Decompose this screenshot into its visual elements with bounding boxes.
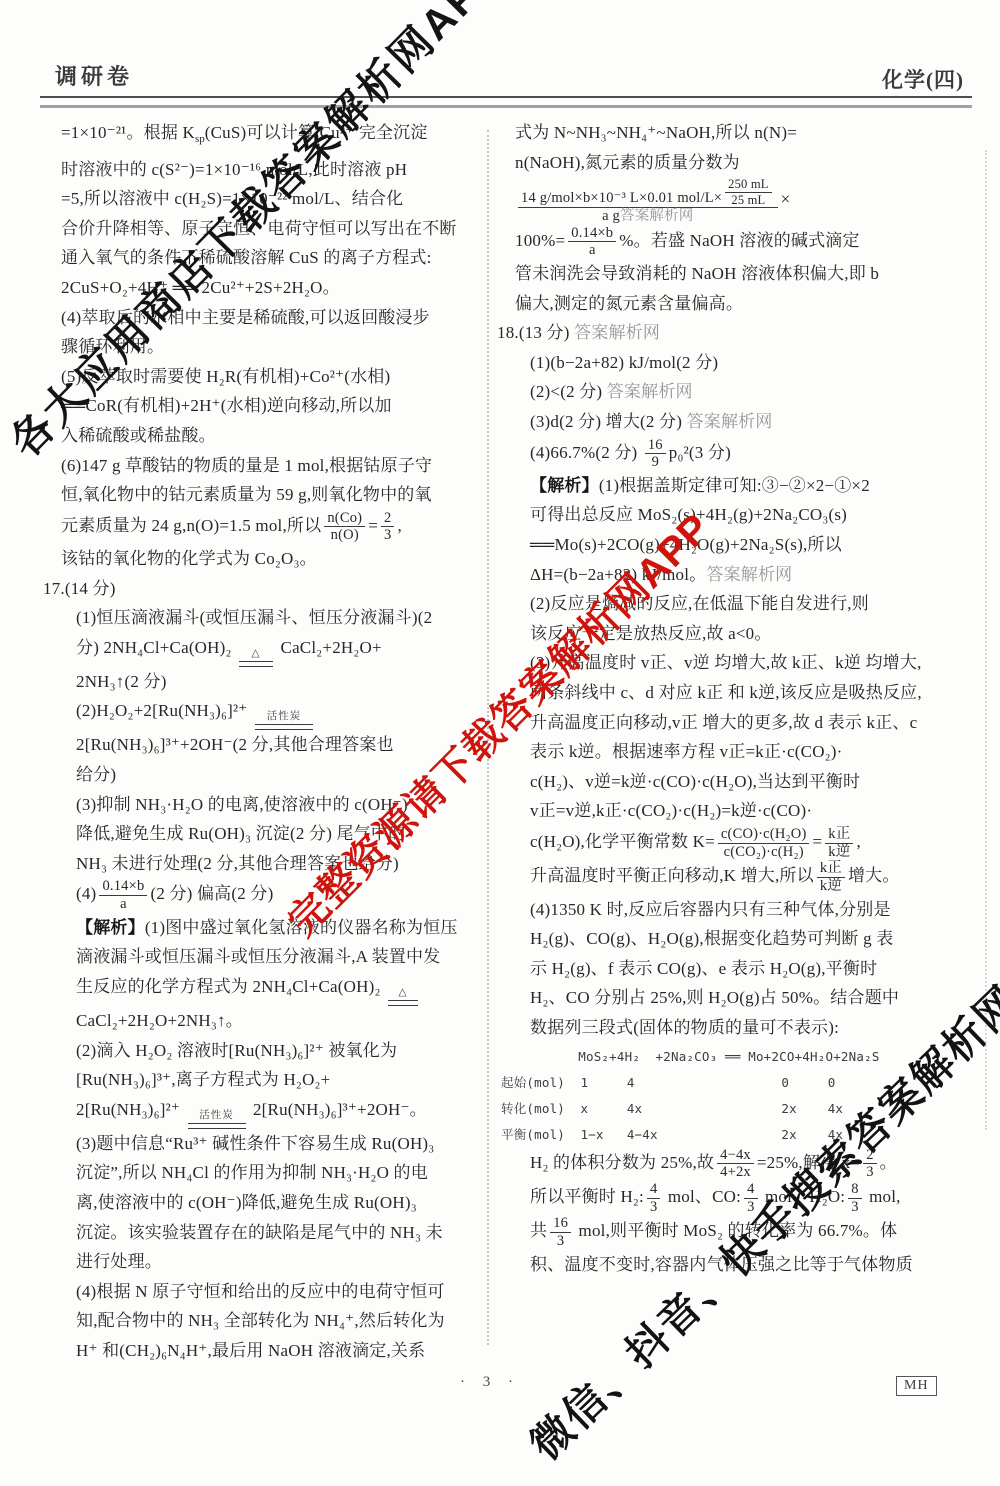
text-line: 【解析】(1)根据盖斯定律可知:③−②×2−①×2 [497,471,969,501]
text-line: 2[Ru(NH₃)₆]³⁺+2OH⁻(2 分,其他合理答案也 [43,730,489,760]
text-line: 积、温度不变时,容器内气体压强之比等于气体物质 [497,1250,969,1280]
text-line: (2)H₂O₂+2[Ru(NH₃)₆]²⁺ 活性炭 [43,696,489,730]
text-line: =5,所以溶液中 c(H₂S)=1×10⁻²² mol/L、结合化 [43,184,489,214]
left-column-text: =1×10⁻²¹。根据 Ksp(CuS)可以计算 Cu²⁺ 完全沉淀时溶液中的 … [43,118,489,1365]
text-line: 入稀硫酸或稀盐酸。 [43,421,489,451]
text-line: (4)1350 K 时,反应后容器内只有三种气体,分别是 [497,895,969,925]
text-line: (2)<(2 分) 答案解析网 [497,377,969,407]
text-line: 分) 2NH₄Cl+Ca(OH)₂ △ CaCl₂+2H₂O+ [43,633,489,667]
text-line: 管未润洗会导致消耗的 NaOH 溶液体积偏大,即 b [497,259,969,289]
text-line: 2[Ru(NH₃)₆]²⁺ 活性炭 2[Ru(NH₃)₆]³⁺+2OH⁻。 [43,1095,489,1129]
text-line: =1×10⁻²¹。根据 Ksp(CuS)可以计算 Cu²⁺ 完全沉淀 [43,118,489,155]
text-line: (3)升高温度时 v正、v逆 均增大,故 k正、k逆 均增大, [497,648,969,678]
text-line: [Ru(NH₃)₆]³⁺,离子方程式为 H₂O₂+ [43,1065,489,1095]
text-line: H₂(g)、CO(g)、H₂O(g),根据变化趋势可判断 g 表 [497,924,969,954]
text-line: 元素质量为 24 g,n(O)=1.5 mol,所以n(Co)n(O)=23, [43,510,489,544]
text-line: (3)d(2 分) 增大(2 分) 答案解析网 [497,407,969,437]
text-line: 给分) [43,760,489,790]
text-line: 离,使溶液中的 c(OH⁻)降低,避免生成 Ru(OH)₃ [43,1188,489,1218]
text-line: (4)66.7%(2 分) 169p₀²(3 分) [497,437,969,471]
text-line: 骤循环利用。 [43,332,489,362]
text-line: 示 H₂(g)、f 表示 CO(g)、e 表示 H₂O(g),平衡时 [497,954,969,984]
text-line: 偏大,测定的氮元素含量偏高。 [497,289,969,319]
column-divider [487,130,489,1345]
text-line: 14 g/mol×b×10⁻³ L×0.01 mol/L×250 mL25 mL… [497,177,969,224]
text-line: 生反应的化学方程式为 2NH₄Cl+Ca(OH)₂ △ [43,972,489,1006]
text-line: NH₃ 未进行处理(2 分,其他合理答案也给分) [43,849,489,879]
text-line: 2CuS+O₂+4H⁺ ══ 2Cu²⁺+2S+2H₂O。 [43,273,489,303]
text-line: 该反应一定是放热反应,故 a<0。 [497,619,969,649]
text-line: (1)恒压滴液漏斗(或恒压漏斗、恒压分液漏斗)(2 [43,603,489,633]
page-margin-divider [985,150,987,1130]
text-line: (2)反应是熵减的反应,在低温下能自发进行,则 [497,589,969,619]
header-rule [40,96,972,108]
text-line: (2)滴入 H₂O₂ 溶液时[Ru(NH₃)₆]²⁺ 被氧化为 [43,1036,489,1066]
text-line: (4)0.14×ba(2 分) 偏高(2 分) [43,878,489,912]
text-line: 【解析】(1)图中盛过氧化氢溶液的仪器名称为恒压 [43,913,489,943]
text-line: 平衡(mol) 1−x 4−4x 2x 4x [497,1121,969,1147]
text-line: (4)萃取后的水相中主要是稀硫酸,可以返回酸浸步 [43,303,489,333]
text-line: v正=v逆,k正·c(CO₂)·c(H₂)=k逆·c(CO)· [497,796,969,826]
text-line: 两条斜线中 c、d 对应 k正 和 k逆,该反应是吸热反应, [497,678,969,708]
text-line: 知,配合物中的 NH₃ 全部转化为 NH₄⁺,然后转化为 [43,1306,489,1336]
text-line: c(H₂O),化学平衡常数 K=c(CO)·c(H₂O)c(CO₂)·c(H₂)… [497,826,969,860]
text-line: 合价升降相等、原子守恒、电荷守恒可以写出在不断 [43,214,489,244]
text-line: 时溶液中的 c(S²⁻)=1×10⁻¹⁶ mol/L,此时溶液 pH [43,155,489,185]
text-line: 式为 N~NH₃~NH₄⁺~NaOH,所以 n(N)= [497,118,969,148]
text-line: 升高温度时平衡正向移动,K 增大,所以k正k逆增大。 [497,860,969,894]
text-line: 18.(13 分) 答案解析网 [497,318,969,348]
text-line: 100%=0.14×ba%。若盛 NaOH 溶液的碱式滴定 [497,225,969,259]
text-line: (3)抑制 NH₃·H₂O 的电离,使溶液中的 c(OH⁻) [43,790,489,820]
page-number: · 3 · [40,1374,940,1391]
text-line: ══CoR(有机相)+2H⁺(水相)逆向移动,所以加 [43,391,489,421]
text-line: CaCl₂+2H₂O+2NH₃↑。 [43,1006,489,1036]
text-line: 共163 mol,则平衡时 MoS₂ 的转化率为 66.7%。体 [497,1215,969,1249]
text-line: (5)反萃取时需要使 H₂R(有机相)+Co²⁺(水相) [43,362,489,392]
text-line: 数据列三段式(固体的物质的量可不表示): [497,1013,969,1043]
text-line: 滴液漏斗或恒压漏斗或恒压分液漏斗,A 装置中发 [43,942,489,972]
text-line: c(H₂)、v逆=k逆·c(CO)·c(H₂O),当达到平衡时 [497,767,969,797]
text-line: 升高温度正向移动,v正 增大的更多,故 d 表示 k正、c [497,708,969,738]
scanned-exam-page: 调研卷 化学(四) =1×10⁻²¹。根据 Ksp(CuS)可以计算 Cu²⁺ … [0,0,1000,1486]
header-left-title: 调研卷 [55,60,133,91]
text-line: MoS₂+4H₂ +2Na₂CO₃ ══ Mo+2CO+4H₂O+2Na₂S [497,1043,969,1069]
text-line: H₂、CO 分别占 25%,则 H₂O(g)占 50%。结合题中 [497,983,969,1013]
edition-badge: MH [896,1376,937,1396]
text-line: ══Mo(s)+2CO(g)+4H₂O(g)+2Na₂S(s),所以 [497,530,969,560]
text-line: 所以平衡时 H₂:43 mol、CO:43 mol、H₂O:83 mol, [497,1181,969,1215]
text-line: 沉淀”,所以 NH₄Cl 的作用为抑制 NH₃·H₂O 的电 [43,1158,489,1188]
text-line: 可得出总反应 MoS₂(s)+4H₂(g)+2Na₂CO₃(s) [497,500,969,530]
text-line: 转化(mol) x 4x 2x 4x [497,1095,969,1121]
text-line: (6)147 g 草酸钴的物质的量是 1 mol,根据钴原子守 [43,451,489,481]
text-line: H₂ 的体积分数为 25%,故4−4x4+2x=25%,解得 x=23。 [497,1147,969,1181]
text-line: (1)(b−2a+82) kJ/mol(2 分) [497,348,969,378]
text-line: ΔH=(b−2a+82) kJ/mol。答案解析网 [497,560,969,590]
text-line: 进行处理。 [43,1247,489,1277]
text-line: n(NaOH),氮元素的质量分数为 [497,148,969,178]
text-line: 起始(mol) 1 4 0 0 [497,1069,969,1095]
text-line: (3)题中信息“Ru³⁺ 碱性条件下容易生成 Ru(OH)₃ [43,1129,489,1159]
text-line: 通入氧气的条件下稀硫酸溶解 CuS 的离子方程式: [43,243,489,273]
text-line: 恒,氧化物中的钴元素质量为 59 g,则氧化物中的氧 [43,480,489,510]
text-line: 2NH₃↑(2 分) [43,667,489,697]
header-right-title: 化学(四) [882,64,964,94]
text-line: 沉淀。该实验装置存在的缺陷是尾气中的 NH₃ 未 [43,1218,489,1248]
text-line: 该钴的氧化物的化学式为 Co₂O₃。 [43,544,489,574]
text-line: 表示 k逆。根据速率方程 v正=k正·c(CO₂)· [497,737,969,767]
text-line: H⁺ 和(CH₂)₆N₄H⁺,最后用 NaOH 溶液滴定,关系 [43,1336,489,1366]
text-line: (4)根据 N 原子守恒和给出的反应中的电荷守恒可 [43,1277,489,1307]
right-column-text: 式为 N~NH₃~NH₄⁺~NaOH,所以 n(N)=n(NaOH),氮元素的质… [497,118,969,1279]
text-line: 17.(14 分) [43,574,489,604]
text-line: 降低,避免生成 Ru(OH)₃ 沉淀(2 分) 尾气中的 [43,819,489,849]
